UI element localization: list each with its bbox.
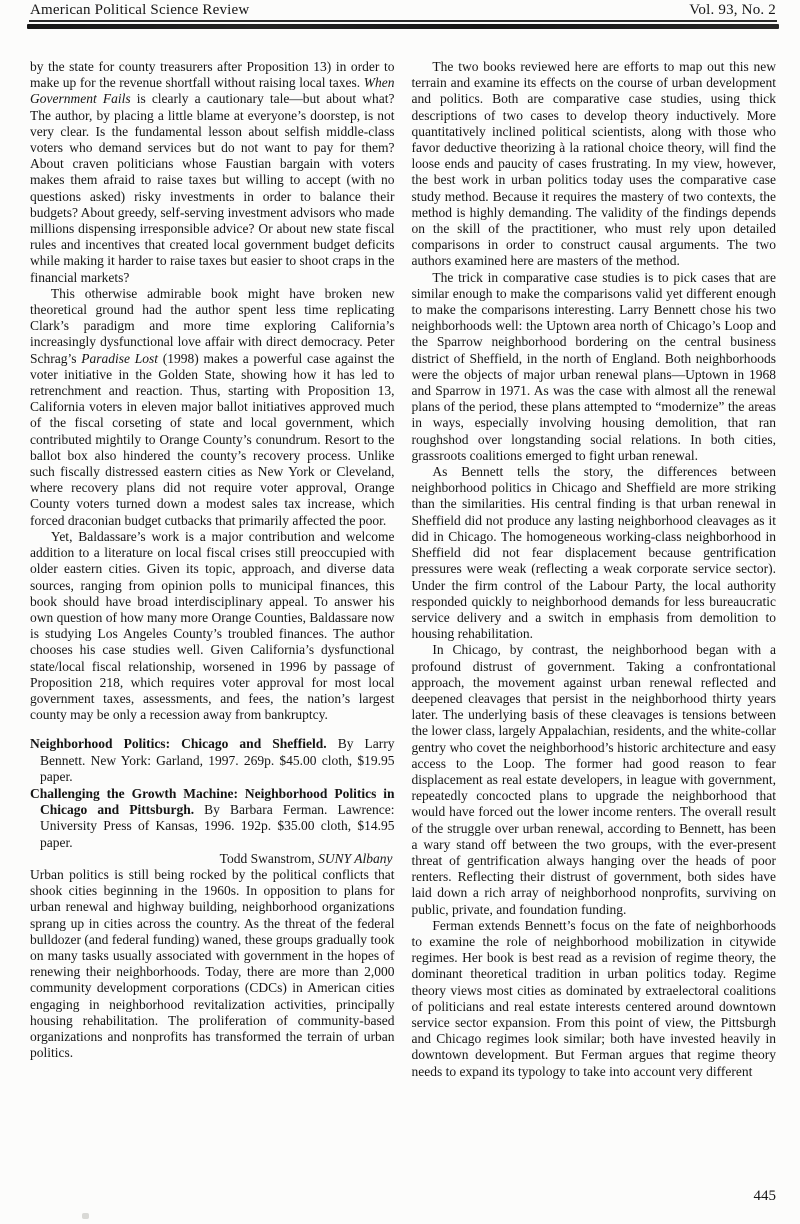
paragraph: In Chicago, by contrast, the neighborhoo… xyxy=(412,642,777,917)
scan-artifact xyxy=(82,1213,89,1219)
header-rule-thick xyxy=(27,24,779,29)
journal-title: American Political Science Review xyxy=(30,2,249,19)
paragraph: Urban politics is still being rocked by … xyxy=(30,867,395,1061)
paragraph: The two books reviewed here are efforts … xyxy=(412,59,777,270)
paragraph: Ferman extends Bennett’s focus on the fa… xyxy=(412,918,777,1080)
text-run: Ferman extends Bennett’s focus on the fa… xyxy=(412,918,777,1079)
running-head: American Political Science Review Vol. 9… xyxy=(30,2,776,19)
text-run-italic: Paradise Lost xyxy=(81,351,158,366)
text-run: In Chicago, by contrast, the neighborhoo… xyxy=(412,642,777,916)
text-run: Todd Swanstrom, xyxy=(220,851,318,866)
text-run: As Bennett tells the story, the differen… xyxy=(412,464,777,641)
text-columns: by the state for county treasurers after… xyxy=(30,59,776,1080)
paragraph: This otherwise admirable book might have… xyxy=(30,286,395,529)
reviewer: Todd Swanstrom, SUNY Albany xyxy=(30,851,395,867)
text-run: is clearly a cautionary tale—but about w… xyxy=(30,91,395,284)
text-run: The trick in comparative case studies is… xyxy=(412,270,777,463)
text-run-bold: Neighborhood Politics: Chicago and Sheff… xyxy=(30,736,327,751)
paragraph: Yet, Baldassare’s work is a major contri… xyxy=(30,529,395,723)
journal-page: American Political Science Review Vol. 9… xyxy=(0,0,800,1224)
paragraph: by the state for county treasurers after… xyxy=(30,59,395,286)
text-run: by the state for county treasurers after… xyxy=(30,59,395,90)
paragraph: As Bennett tells the story, the differen… xyxy=(412,464,777,642)
text-run: Urban politics is still being rocked by … xyxy=(30,867,395,1060)
text-run-italic: SUNY Albany xyxy=(318,851,392,866)
header-rule-thin xyxy=(29,20,777,22)
book-heading: Challenging the Growth Machine: Neighbor… xyxy=(30,786,395,851)
book-heading: Neighborhood Politics: Chicago and Sheff… xyxy=(30,736,395,785)
issue-label: Vol. 93, No. 2 xyxy=(689,2,776,19)
text-run: (1998) makes a powerful case against the… xyxy=(30,351,395,528)
right-column: The two books reviewed here are efforts … xyxy=(412,59,777,1080)
page-number: 445 xyxy=(754,1188,777,1205)
left-column: by the state for county treasurers after… xyxy=(30,59,395,1080)
text-run: Yet, Baldassare’s work is a major contri… xyxy=(30,529,395,722)
paragraph: The trick in comparative case studies is… xyxy=(412,270,777,464)
text-run: The two books reviewed here are efforts … xyxy=(412,59,777,268)
